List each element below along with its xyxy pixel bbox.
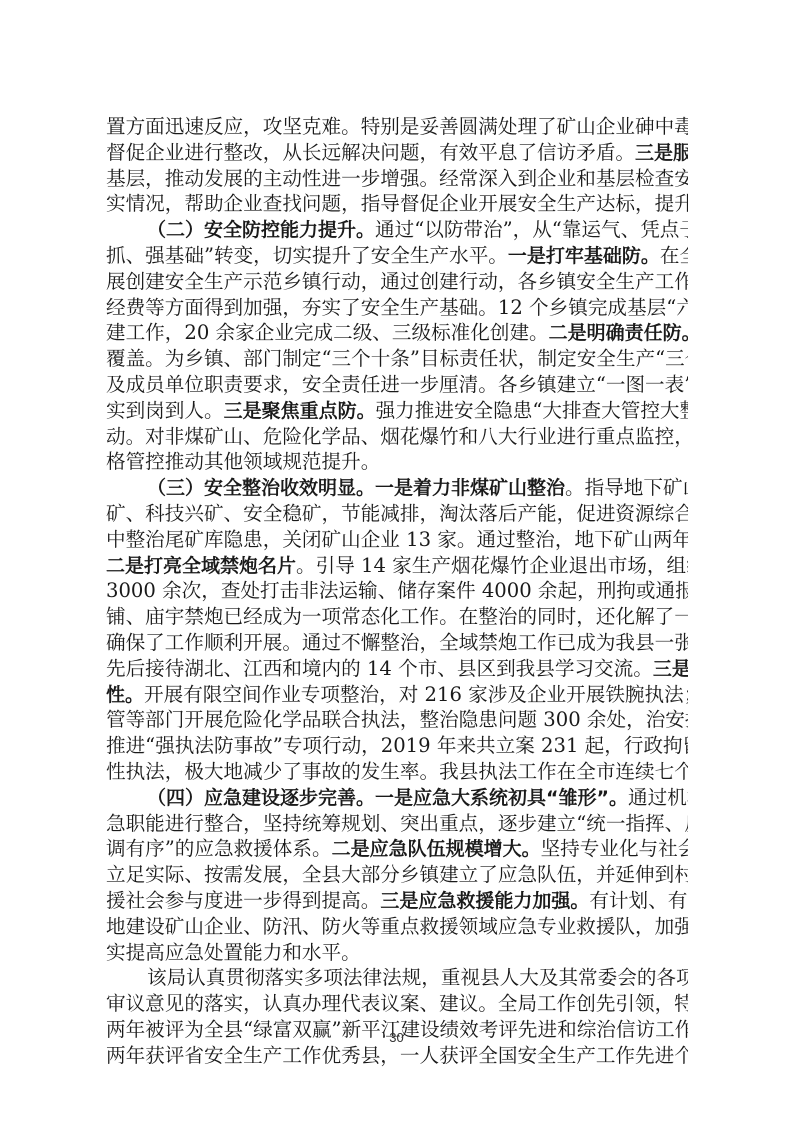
body-text: 。引导 14 家生产烟花爆竹企业退出市场，组织开展清缴行动 [296, 554, 688, 577]
text-line: 中整治尾矿库隐患，关闭矿山企业 13 家。通过整治，地下矿山两年多来未出事故。 [106, 527, 688, 553]
body-text: 援社会参与度进一步得到提高。 [106, 889, 380, 912]
text-line: 铺、庙宇禁炮已经成为一项常态化工作。在整治的同时，还化解了一大批信访矛盾， [106, 604, 688, 630]
body-text: 两年获评省安全生产工作优秀县，一人获评全国安全生产工作先进个人。 [106, 1044, 688, 1067]
body-text: 格管控推动其他领域规范提升。 [106, 450, 380, 473]
text-line: 地建设矿山企业、防汛、防火等重点救援领域应急专业救援队，加强应急演练，切 [106, 914, 688, 940]
text-line: 实到岗到人。三是聚焦重点防。强力推进安全隐患“大排查大管控大整治”专项行 [106, 398, 688, 424]
body-text: 动。对非煤矿山、危险化学品、烟花爆竹和八大行业进行重点监控，以重点领域严 [106, 425, 688, 448]
text-line: 管等部门开展危险化学品联合执法，整治隐患问题 300 余处，治安拘留 4 人；持… [106, 707, 688, 733]
bold-heading-text: 三是提升安监执法刚 [653, 658, 688, 680]
body-text: 该局认真贯彻落实多项法律法规，重视县人大及其常委会的各项决议、决定及 [147, 966, 688, 989]
body-text: 管等部门开展危险化学品联合执法，整治隐患问题 300 余处，治安拘留 4 人；持… [106, 708, 688, 731]
body-text: 调有序”的应急救援体系。 [106, 837, 332, 860]
body-text: 立足实际、按需发展，全县大部分乡镇建立了应急队伍，并延伸到村一级，应急救 [106, 863, 688, 886]
body-text: 地建设矿山企业、防汛、防火等重点救援领域应急专业救援队，加强应急演练，切 [106, 915, 688, 938]
body-text: 确保了工作顺利开展。通过不懈整治，全域禁炮工作已成为我县一张靓丽的名片， [106, 631, 688, 654]
body-text: 审议意见的落实，认真办理代表议案、建议。全局工作创先引领，特色鲜明，连续 [106, 992, 688, 1015]
body-text: 实提高应急处置能力和水平。 [106, 941, 361, 964]
text-line: 建工作，20 余家企业完成二级、三级标准化创建。二是明确责任防。责任网络全面 [106, 320, 688, 346]
body-text: 实情况，帮助企业查找问题，指导督促企业开展安全生产达标，提升规范管理水平。 [106, 192, 688, 215]
text-line: 及成员单位职责要求，安全责任进一步厘清。各乡镇建立“一图一表”，安全责任压 [106, 372, 688, 398]
body-text: 中整治尾矿库隐患，关闭矿山企业 13 家。通过整治，地下矿山两年多来未出事故。 [106, 528, 688, 551]
document-body: 置方面迅速反应，攻坚克难。特别是妥善圆满处理了矿山企业砷中毒职业病事件，督促企业… [106, 114, 688, 1068]
bold-heading-text: （三）安全整治收效明显。一是着力非煤矿山整治 [147, 477, 565, 499]
text-line: 经费等方面得到加强，夯实了安全生产基础。12 个乡镇完成基层“六有”标准化创 [106, 295, 688, 321]
body-text: 置方面迅速反应，攻坚克难。特别是妥善圆满处理了矿山企业砷中毒职业病事件， [106, 115, 688, 138]
body-text: 开展有限空间作业专项整治，对 216 家涉及企业开展铁腕执法；联合交通、城 [144, 683, 688, 706]
body-text: 急职能进行整合，坚持统筹规划、突出重点，逐步建立“统一指挥、反应灵敏、协 [106, 812, 688, 835]
body-text: 矿、科技兴矿、安全稳矿，节能减排，淘汰落后产能，促进资源综合开发利用。集 [106, 502, 688, 525]
body-text: 性执法，极大地减少了事故的发生率。我县执法工作在全市连续七个月排名第一。 [106, 760, 688, 783]
body-text: 基层，推动发展的主动性进一步增强。经常深入到企业和基层检查安全生产措施落 [106, 167, 688, 190]
body-text: 通过“以防带治”，从“靠运气、凭点子”向“认真 [375, 218, 688, 241]
bold-heading-text: 性。 [106, 684, 144, 706]
text-line: 督促企业进行整改，从长远解决问题，有效平息了信访矛盾。三是服务更好。服务 [106, 140, 688, 166]
bold-heading-text: 三是服务更好。 [635, 142, 688, 164]
body-text: 在全县各乡镇开 [660, 244, 688, 267]
body-text: 有计划、有组织、有重点 [589, 889, 688, 912]
body-text: 。指导地下矿山企业依法办 [565, 476, 688, 499]
text-line: 性执法，极大地减少了事故的发生率。我县执法工作在全市连续七个月排名第一。 [106, 759, 688, 785]
bold-heading-text: （二）安全防控能力提升。 [147, 219, 375, 241]
text-line: 矿、科技兴矿、安全稳矿，节能减排，淘汰落后产能，促进资源综合开发利用。集 [106, 501, 688, 527]
body-text: 经费等方面得到加强，夯实了安全生产基础。12 个乡镇完成基层“六有”标准化创 [106, 296, 688, 319]
body-text: 展创建安全生产示范乡镇行动，通过创建行动，各乡镇安全生产工作在制度、人员、 [106, 270, 688, 293]
bold-heading-text: 二是打亮全域禁炮名片 [106, 555, 296, 577]
text-line: 实情况，帮助企业查找问题，指导督促企业开展安全生产达标，提升规范管理水平。 [106, 191, 688, 217]
bold-heading-text: 一是打牢基础防。 [508, 245, 660, 267]
body-text: 实到岗到人。 [106, 399, 224, 422]
text-line: 急职能进行整合，坚持统筹规划、突出重点，逐步建立“统一指挥、反应灵敏、协 [106, 811, 688, 837]
paragraph-first-line: （二）安全防控能力提升。通过“以防带治”，从“靠运气、凭点子”向“认真 [106, 217, 688, 243]
text-line: 二是打亮全域禁炮名片。引导 14 家生产烟花爆竹企业退出市场，组织开展清缴行动 [106, 553, 688, 579]
body-text: 督促企业进行整改，从长远解决问题，有效平息了信访矛盾。 [106, 141, 635, 164]
body-text: 覆盖。为乡镇、部门制定“三个十条”目标责任状，制定安全生产“三个责任清单” [106, 347, 688, 370]
paragraph-first-line: （三）安全整治收效明显。一是着力非煤矿山整治。指导地下矿山企业依法办 [106, 475, 688, 501]
bold-heading-text: （四）应急建设逐步完善。一是应急大系统初具“雏形”。 [147, 787, 628, 809]
text-line: 动。对非煤矿山、危险化学品、烟花爆竹和八大行业进行重点监控，以重点领域严 [106, 424, 688, 450]
text-line: 推进“强执法防事故”专项行动，2019 年来共立案 231 起，行政拘留 22 … [106, 733, 688, 759]
body-text: 抓、强基础”转变，切实提升了安全生产水平。 [106, 244, 508, 267]
body-text: 坚持专业化与社会化相结合， [541, 837, 688, 860]
text-line: 基层，推动发展的主动性进一步增强。经常深入到企业和基层检查安全生产措施落 [106, 166, 688, 192]
text-line: 实提高应急处置能力和水平。 [106, 940, 688, 966]
text-line: 覆盖。为乡镇、部门制定“三个十条”目标责任状，制定安全生产“三个责任清单” [106, 346, 688, 372]
bold-heading-text: 三是应急救援能力加强。 [380, 890, 589, 912]
text-line: 抓、强基础”转变，切实提升了安全生产水平。一是打牢基础防。在全县各乡镇开 [106, 243, 688, 269]
text-line: 审议意见的落实，认真办理代表议案、建议。全局工作创先引领，特色鲜明，连续 [106, 991, 688, 1017]
text-line: 立足实际、按需发展，全县大部分乡镇建立了应急队伍，并延伸到村一级，应急救 [106, 862, 688, 888]
bold-heading-text: 二是应急队伍规模增大。 [332, 838, 541, 860]
text-line: 性。开展有限空间作业专项整治，对 216 家涉及企业开展铁腕执法；联合交通、城 [106, 682, 688, 708]
text-line: 两年获评省安全生产工作优秀县，一人获评全国安全生产工作先进个人。 [106, 1043, 688, 1069]
text-line: 先后接待湖北、江西和境内的 14 个市、县区到我县学习交流。三是提升安监执法刚 [106, 656, 688, 682]
body-text: 3000 余次，查处打击非法运输、储存案件 4000 余起，刑拘或通报 30 余… [106, 579, 688, 602]
text-line: 援社会参与度进一步得到提高。三是应急救援能力加强。有计划、有组织、有重点 [106, 888, 688, 914]
body-text: 建工作，20 余家企业完成二级、三级标准化创建。 [106, 321, 549, 344]
body-text: 铺、庙宇禁炮已经成为一项常态化工作。在整治的同时，还化解了一大批信访矛盾， [106, 605, 688, 628]
text-line: 展创建安全生产示范乡镇行动，通过创建行动，各乡镇安全生产工作在制度、人员、 [106, 269, 688, 295]
paragraph-first-line: （四）应急建设逐步完善。一是应急大系统初具“雏形”。通过机构改革，将应 [106, 785, 688, 811]
text-line: 格管控推动其他领域规范提升。 [106, 449, 688, 475]
body-text: 强力推进安全隐患“大排查大管控大整治”专项行 [376, 399, 688, 422]
body-text: 及成员单位职责要求，安全责任进一步厘清。各乡镇建立“一图一表”，安全责任压 [106, 373, 688, 396]
page-number: 30 [0, 1030, 793, 1045]
paragraph-first-line: 该局认真贯彻落实多项法律法规，重视县人大及其常委会的各项决议、决定及 [106, 965, 688, 991]
text-line: 确保了工作顺利开展。通过不懈整治，全域禁炮工作已成为我县一张靓丽的名片， [106, 630, 688, 656]
body-text: 推进“强执法防事故”专项行动，2019 年来共立案 231 起，行政拘留 22 … [106, 734, 688, 757]
text-line: 调有序”的应急救援体系。二是应急队伍规模增大。坚持专业化与社会化相结合， [106, 836, 688, 862]
text-line: 置方面迅速反应，攻坚克难。特别是妥善圆满处理了矿山企业砷中毒职业病事件， [106, 114, 688, 140]
body-text: 先后接待湖北、江西和境内的 14 个市、县区到我县学习交流。 [106, 657, 653, 680]
bold-heading-text: 二是明确责任防。 [549, 322, 688, 344]
bold-heading-text: 三是聚焦重点防。 [224, 400, 376, 422]
text-line: 3000 余次，查处打击非法运输、储存案件 4000 余起，刑拘或通报 30 余… [106, 578, 688, 604]
body-text: 通过机构改革，将应 [628, 786, 688, 809]
